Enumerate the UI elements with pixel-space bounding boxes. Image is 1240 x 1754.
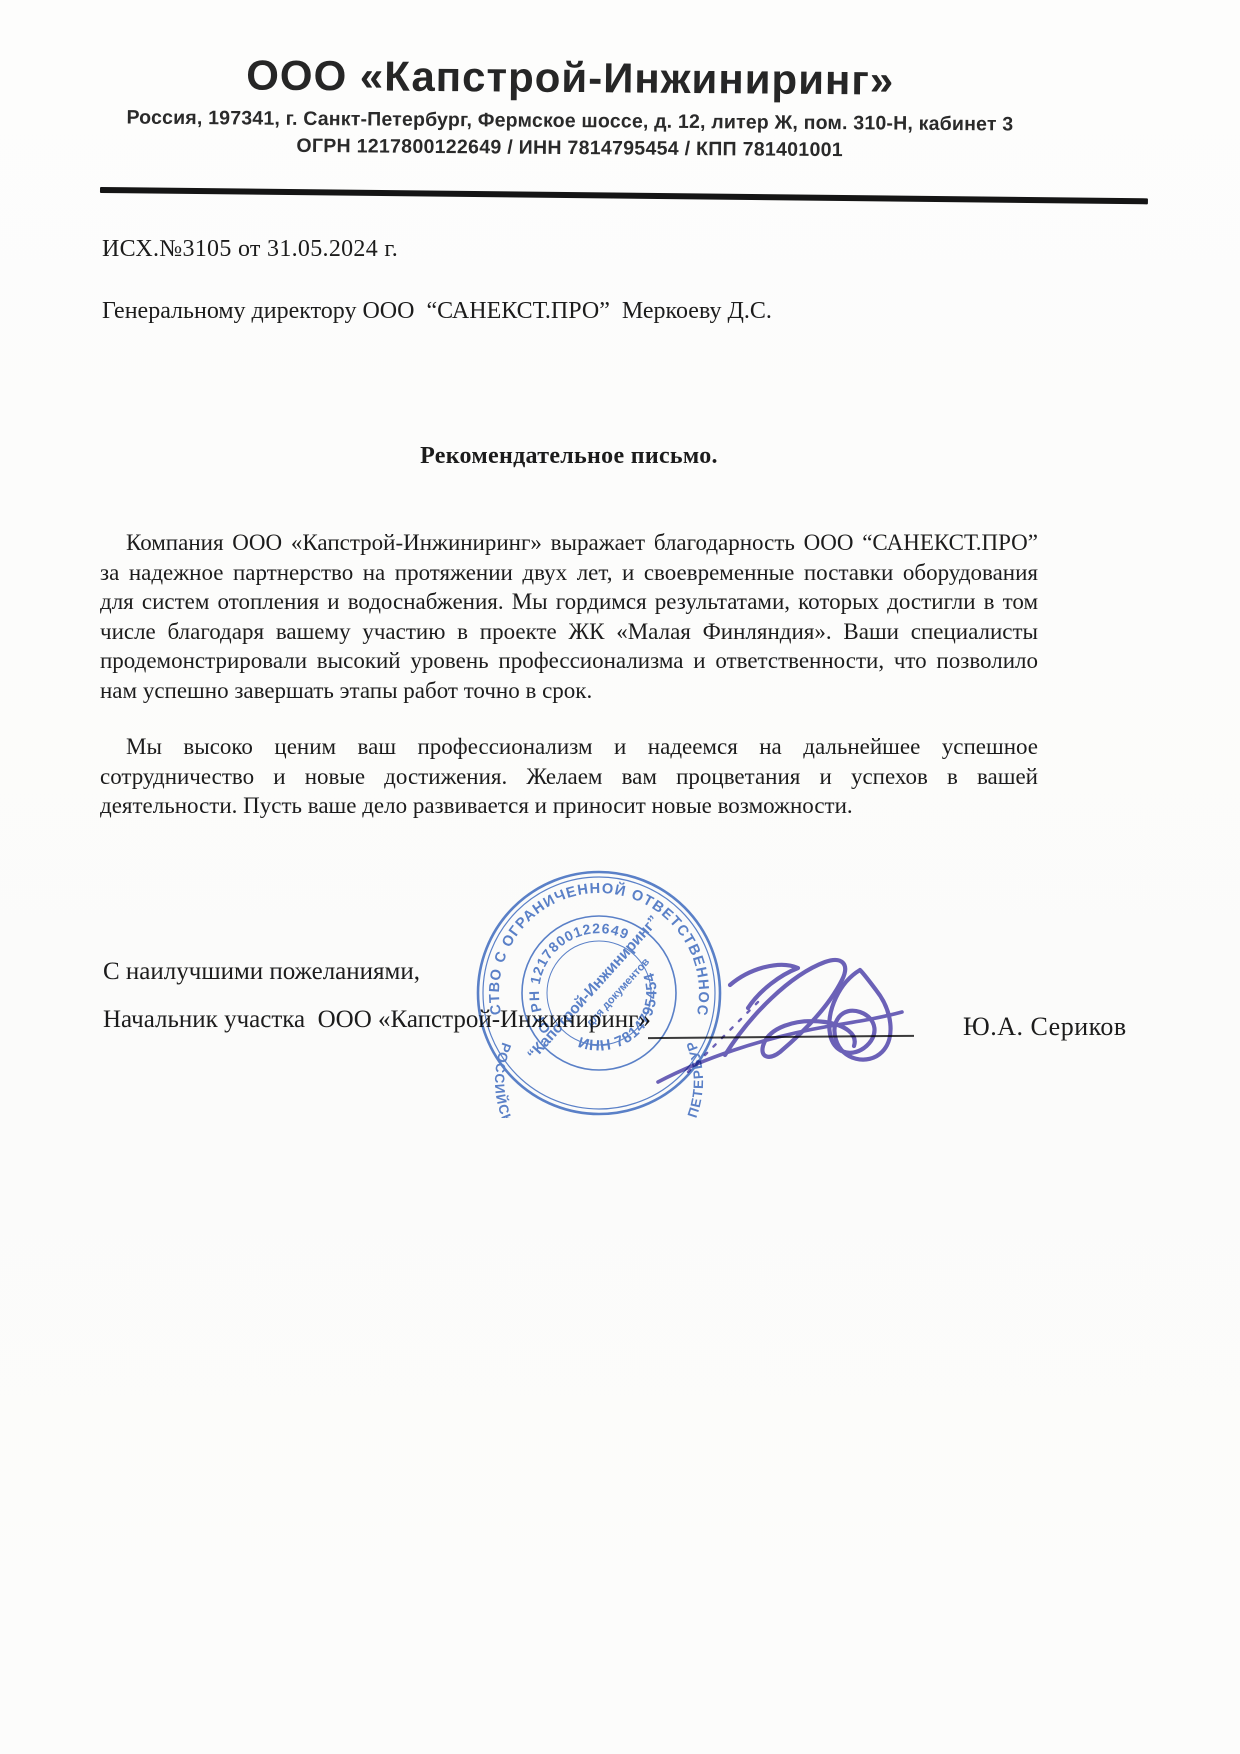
handwritten-signature [630,930,930,1100]
letter-body: Компания ООО «Капстрой-Инжиниринг» выраж… [100,528,1038,848]
letterhead-divider-bar [100,187,1148,204]
recipient-line: Генеральному директору ООО “САНЕКСТ.ПРО”… [102,298,1102,325]
company-registration: ОГРН 1217800122649 / ИНН 7814795454 / КП… [50,133,1090,164]
company-name: ООО «Капстрой-Инжиниринг» [50,52,1090,104]
letter-page: ООО «Капстрой-Инжиниринг» Россия, 197341… [0,0,1240,1754]
svg-text:ОГРН 1217800122649: ОГРН 1217800122649 [526,920,632,1036]
letter-paragraph-1: Компания ООО «Капстрой-Инжиниринг» выраж… [100,528,1038,705]
stamp-ogrn-text: ОГРН 1217800122649 [526,920,632,1036]
closing-line: С наилучшими пожеланиями, [103,958,420,986]
company-address: Россия, 197341, г. Санкт-Петербург, Ферм… [50,106,1090,137]
letter-title: Рекомендательное письмо. [100,443,1038,470]
signer-name: Ю.А. Сериков [963,1012,1127,1042]
letterhead: ООО «Капстрой-Инжиниринг» Россия, 197341… [50,52,1091,164]
letter-paragraph-2: Мы высоко ценим ваш профессионализм и на… [100,732,1038,821]
outgoing-reference: ИСХ.№3105 от 31.05.2024 г. [102,236,1040,263]
